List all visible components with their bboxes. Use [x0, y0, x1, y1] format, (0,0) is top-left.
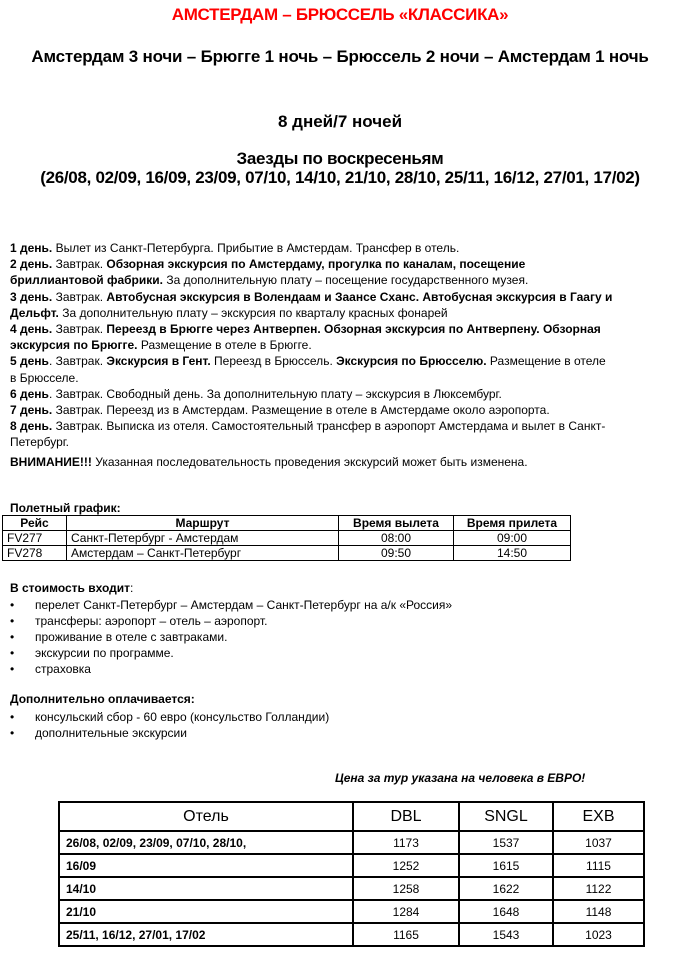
departure-dates: 25/11, 16/12, 27/01, 17/02 [59, 923, 353, 946]
bullet-icon: • [10, 661, 14, 677]
itinerary-text: . Завтрак. [49, 354, 106, 368]
itinerary-bold-text: 1 день. [10, 241, 52, 255]
column-header-exb: EXB [553, 802, 644, 831]
flight-route: Санкт-Петербург - Амстердам [67, 531, 339, 546]
column-header-flight: Рейс [3, 516, 67, 531]
price-sngl: 1622 [459, 877, 553, 900]
itinerary-bold-text: 6 день [10, 387, 49, 401]
list-item-text: дополнительные экскурсии [35, 726, 187, 740]
itinerary-text: Завтрак. [52, 257, 106, 271]
itinerary-text: . Завтрак. Свободный день. За дополнител… [49, 387, 502, 401]
arrival-time: 14:50 [454, 546, 571, 561]
itinerary-text: Вылет из Санкт-Петербурга. Прибытие в Ам… [52, 241, 459, 255]
itinerary-bold-text: Экскурсия по Брюсселю. [336, 354, 486, 368]
price-dbl: 1252 [353, 854, 459, 877]
bullet-icon: • [10, 597, 14, 613]
table-row: FV277 Санкт-Петербург - Амстердам 08:00 … [3, 531, 571, 546]
itinerary-bold-text: бриллиантовой фабрики. [10, 273, 163, 287]
itinerary-line: в Брюсселе. [10, 370, 680, 386]
flight-schedule-table: Рейс Маршрут Время вылета Время прилета … [2, 515, 571, 561]
included-label: В стоимость входит: [10, 581, 133, 595]
bullet-icon: • [10, 629, 14, 645]
itinerary-bold-text: Обзорная экскурсия по Амстердаму, прогул… [106, 257, 525, 271]
itinerary-line: 4 день. Завтрак. Переезд в Брюгге через … [10, 321, 680, 337]
itinerary-line: экскурсия по Брюгге. Размещение в отеле … [10, 337, 680, 353]
bullet-icon: • [10, 709, 14, 725]
itinerary-text: в Брюсселе. [10, 371, 79, 385]
itinerary-text: Завтрак. Переезд из в Амстердам. Размеще… [52, 403, 549, 417]
column-header-dbl: DBL [353, 802, 459, 831]
itinerary-line: 3 день. Завтрак. Автобусная экскурсия в … [10, 289, 680, 305]
list-item: •консульский сбор - 60 евро (консульство… [10, 709, 329, 725]
itinerary-bold-text: Автобусная экскурсия в Волендаам и Заанс… [106, 290, 612, 304]
itinerary-bold-text: 3 день. [10, 290, 52, 304]
itinerary-text: Переезд в Брюссель. [211, 354, 336, 368]
column-header-sngl: SNGL [459, 802, 553, 831]
warning-text: Указанная последовательность проведения … [92, 455, 528, 469]
itinerary-bold-text: Дельфт. [10, 306, 59, 320]
flight-schedule-label: Полетный график: [10, 501, 121, 515]
departures-dates: (26/08, 02/09, 16/09, 23/09, 07/10, 14/1… [10, 168, 670, 187]
itinerary-bold-text: 7 день. [10, 403, 52, 417]
price-exb: 1023 [553, 923, 644, 946]
column-header-route: Маршрут [67, 516, 339, 531]
itinerary-bold-text: 8 день. [10, 419, 52, 433]
list-item: •трансферы: аэропорт – отель – аэропорт. [10, 613, 452, 629]
departure-dates: 21/10 [59, 900, 353, 923]
warning-note: ВНИМАНИЕ!!! Указанная последовательность… [10, 455, 528, 469]
price-dbl: 1165 [353, 923, 459, 946]
departure-dates: 26/08, 02/09, 23/09, 07/10, 28/10, [59, 831, 353, 854]
departure-dates: 16/09 [59, 854, 353, 877]
itinerary-line: бриллиантовой фабрики. За дополнительную… [10, 272, 680, 288]
itinerary-line: 6 день. Завтрак. Свободный день. За допо… [10, 386, 680, 402]
price-dbl: 1284 [353, 900, 459, 923]
flight-route: Амстердам – Санкт-Петербург [67, 546, 339, 561]
included-list: •перелет Санкт-Петербург – Амстердам – С… [10, 597, 452, 677]
list-item: •экскурсии по программе. [10, 645, 452, 661]
price-exb: 1037 [553, 831, 644, 854]
departure-time: 09:50 [339, 546, 454, 561]
departures-title: Заезды по воскресеньям [10, 149, 670, 168]
price-exb: 1122 [553, 877, 644, 900]
route-subtitle: Амстердам 3 ночи – Брюгге 1 ночь – Брюсс… [10, 46, 670, 67]
itinerary-bold-text: 2 день. [10, 257, 52, 271]
price-dbl: 1173 [353, 831, 459, 854]
price-sngl: 1615 [459, 854, 553, 877]
itinerary-text: За дополнительную плату – посещение госу… [163, 273, 528, 287]
table-row: 14/10125816221122 [59, 877, 644, 900]
price-table: Отель DBL SNGL EXB 26/08, 02/09, 23/09, … [58, 801, 645, 947]
extra-payment-label: Дополнительно оплачивается: [10, 692, 195, 706]
itinerary-line: 2 день. Завтрак. Обзорная экскурсия по А… [10, 256, 680, 272]
itinerary-bold-text: 5 день [10, 354, 49, 368]
list-item: •проживание в отеле с завтраками. [10, 629, 452, 645]
arrival-time: 09:00 [454, 531, 571, 546]
itinerary-line: Петербург. [10, 434, 680, 450]
itinerary-text: Размещение в отеле в Брюгге. [138, 338, 312, 352]
list-item: •дополнительные экскурсии [10, 725, 329, 741]
itinerary-text: Петербург. [10, 435, 69, 449]
itinerary-line: Дельфт. За дополнительную плату – экскур… [10, 305, 680, 321]
warning-label: ВНИМАНИЕ!!! [10, 455, 92, 469]
tour-duration: 8 дней/7 ночей [0, 112, 680, 132]
itinerary-text: Завтрак. [52, 290, 106, 304]
table-row: FV278 Амстердам – Санкт-Петербург 09:50 … [3, 546, 571, 561]
itinerary-bold-text: Переезд в Брюгге через Антверпен. Обзорн… [106, 322, 600, 336]
list-item: •перелет Санкт-Петербург – Амстердам – С… [10, 597, 452, 613]
departure-time: 08:00 [339, 531, 454, 546]
itinerary: 1 день. Вылет из Санкт-Петербурга. Прибы… [10, 240, 680, 450]
itinerary-text: За дополнительную плату – экскурсия по к… [59, 306, 448, 320]
itinerary-text: Завтрак. [52, 322, 106, 336]
itinerary-line: 8 день. Завтрак. Выписка из отеля. Самос… [10, 418, 680, 434]
included-label-colon: : [130, 581, 133, 595]
departures-block: Заезды по воскресеньям (26/08, 02/09, 16… [10, 149, 670, 187]
extra-payment-list: •консульский сбор - 60 евро (консульство… [10, 709, 329, 741]
table-row: 16/09125216151115 [59, 854, 644, 877]
list-item-text: перелет Санкт-Петербург – Амстердам – Са… [35, 598, 452, 612]
price-exb: 1148 [553, 900, 644, 923]
itinerary-text: Завтрак. Выписка из отеля. Самостоятельн… [52, 419, 605, 433]
bullet-icon: • [10, 613, 14, 629]
list-item-text: страховка [35, 662, 91, 676]
itinerary-text: Размещение в отеле [487, 354, 606, 368]
table-row: 25/11, 16/12, 27/01, 17/02116515431023 [59, 923, 644, 946]
table-row: 21/10128416481148 [59, 900, 644, 923]
price-sngl: 1543 [459, 923, 553, 946]
itinerary-line: 5 день. Завтрак. Экскурсия в Гент. Перее… [10, 353, 680, 369]
bullet-icon: • [10, 645, 14, 661]
bullet-icon: • [10, 725, 14, 741]
included-label-text: В стоимость входит [10, 581, 130, 595]
price-sngl: 1648 [459, 900, 553, 923]
itinerary-bold-text: Экскурсия в Гент. [106, 354, 210, 368]
table-row: 26/08, 02/09, 23/09, 07/10, 28/10,117315… [59, 831, 644, 854]
table-header-row: Отель DBL SNGL EXB [59, 802, 644, 831]
price-note: Цена за тур указана на человека в ЕВРО! [335, 771, 585, 785]
column-header-departure: Время вылета [339, 516, 454, 531]
column-header-hotel: Отель [59, 802, 353, 831]
list-item-text: консульский сбор - 60 евро (консульство … [35, 710, 329, 724]
itinerary-line: 7 день. Завтрак. Переезд из в Амстердам.… [10, 402, 680, 418]
flight-number: FV277 [3, 531, 67, 546]
list-item-text: экскурсии по программе. [35, 646, 174, 660]
flight-number: FV278 [3, 546, 67, 561]
column-header-arrival: Время прилета [454, 516, 571, 531]
page-title: АМСТЕРДАМ – БРЮССЕЛЬ «КЛАССИКА» [0, 5, 680, 25]
price-sngl: 1537 [459, 831, 553, 854]
list-item-text: проживание в отеле с завтраками. [35, 630, 227, 644]
table-header-row: Рейс Маршрут Время вылета Время прилета [3, 516, 571, 531]
list-item: •страховка [10, 661, 452, 677]
itinerary-bold-text: 4 день. [10, 322, 52, 336]
price-exb: 1115 [553, 854, 644, 877]
list-item-text: трансферы: аэропорт – отель – аэропорт. [35, 614, 267, 628]
itinerary-bold-text: экскурсия по Брюгге. [10, 338, 138, 352]
departure-dates: 14/10 [59, 877, 353, 900]
price-dbl: 1258 [353, 877, 459, 900]
itinerary-line: 1 день. Вылет из Санкт-Петербурга. Прибы… [10, 240, 680, 256]
